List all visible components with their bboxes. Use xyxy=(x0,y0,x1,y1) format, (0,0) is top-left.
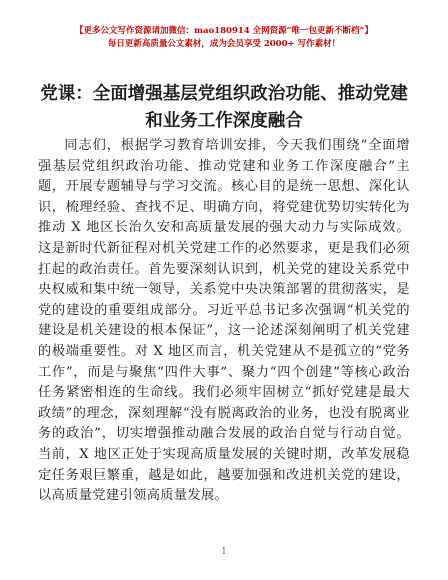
page-title: 党课：全面增强基层党组织政治功能、推动党建和业务工作深度融合 xyxy=(36,81,412,135)
promo-header: 【更多公文写作资源请加微信：mao180914 全网资源“唯一包更新不断档”】 … xyxy=(30,25,418,50)
page-number: 1 xyxy=(0,547,448,557)
promo-header-line2: 每日更新高质量公文素材，成为会员享受 2000+ 写作素材！ xyxy=(30,38,418,51)
body-paragraph: 同志们，根据学习教育培训安排，今天我们围绕“全面增强基层党组织政治功能、推动党建… xyxy=(38,136,410,507)
document-page: 【更多公文写作资源请加微信：mao180914 全网资源“唯一包更新不断档”】 … xyxy=(0,0,448,580)
promo-header-line1: 【更多公文写作资源请加微信：mao180914 全网资源“唯一包更新不断档”】 xyxy=(30,25,418,38)
